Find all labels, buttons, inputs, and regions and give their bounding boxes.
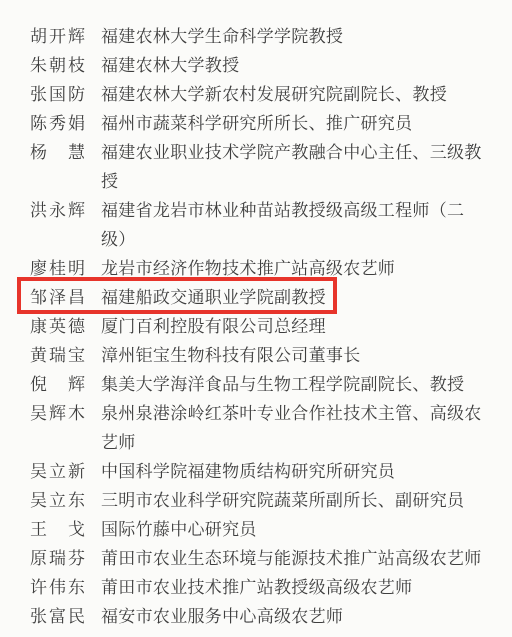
roster-row: 黄瑞宝 漳州钜宝生物科技有限公司董事长 xyxy=(30,341,512,370)
person-title: 福建农林大学生命科学学院教授 xyxy=(101,22,343,51)
person-name: 张富民 xyxy=(30,602,88,631)
roster-row: 廖桂明 龙岩市经济作物技术推广站高级农艺师 xyxy=(30,254,512,283)
roster-row: 洪永辉 福建省龙岩市林业种苗站教授级高级工程师（二级） xyxy=(30,196,512,254)
person-name: 黄瑞宝 xyxy=(30,341,88,370)
title-line: 福建农林大学新农村发展研究院副院长、教授 xyxy=(101,80,447,109)
roster-row: 陈秀娟 福州市蔬菜科学研究所所长、推广研究员 xyxy=(30,109,512,138)
person-name: 吴立新 xyxy=(30,457,88,486)
title-line: 授 xyxy=(101,167,482,196)
roster-row: 杨 慧 福建农业职业技术学院产教融合中心主任、三级教授 xyxy=(30,138,512,196)
person-name: 倪 辉 xyxy=(30,370,88,399)
title-line: 福州市蔬菜科学研究所所长、推广研究员 xyxy=(101,109,412,138)
title-line: 福建船政交通职业学院副教授 xyxy=(101,283,326,312)
person-title: 福州市蔬菜科学研究所所长、推广研究员 xyxy=(101,109,412,138)
person-title: 福建省龙岩市林业种苗站教授级高级工程师（二级） xyxy=(101,196,464,254)
person-name: 吴立东 xyxy=(30,486,88,515)
person-title: 福安市农业服务中心高级农艺师 xyxy=(101,602,343,631)
title-line: 龙岩市经济作物技术推广站高级农艺师 xyxy=(101,254,395,283)
title-line: 厦门百利控股有限公司总经理 xyxy=(101,312,326,341)
person-name: 邹泽昌 xyxy=(30,283,88,312)
person-title: 中国科学院福建物质结构研究所研究员 xyxy=(101,457,395,486)
title-line: 福建农业职业技术学院产教融合中心主任、三级教 xyxy=(101,138,482,167)
title-line: 三明市农业科学研究院蔬菜所副所长、副研究员 xyxy=(101,486,464,515)
person-title: 福建船政交通职业学院副教授 xyxy=(101,283,326,312)
person-title: 福建农林大学新农村发展研究院副院长、教授 xyxy=(101,80,447,109)
title-line: 福建农林大学生命科学学院教授 xyxy=(101,22,343,51)
title-line: 艺师 xyxy=(101,428,482,457)
roster-row: 朱朝枝 福建农林大学教授 xyxy=(30,51,512,80)
person-name: 康英德 xyxy=(30,312,88,341)
person-name: 吴辉木 xyxy=(30,399,88,428)
person-title: 莆田市农业技术推广站教授级高级农艺师 xyxy=(101,573,412,602)
person-title: 集美大学海洋食品与生物工程学院副院长、教授 xyxy=(101,370,464,399)
title-line: 泉州泉港涂岭红茶叶专业合作社技术主管、高级农 xyxy=(101,399,482,428)
roster-row: 吴辉木 泉州泉港涂岭红茶叶专业合作社技术主管、高级农艺师 xyxy=(30,399,512,457)
person-name: 杨 慧 xyxy=(30,138,88,167)
roster-row: 王 戈 国际竹藤中心研究员 xyxy=(30,515,512,544)
person-name: 原瑞芬 xyxy=(30,544,88,573)
person-name: 洪永辉 xyxy=(30,196,88,225)
person-title: 泉州泉港涂岭红茶叶专业合作社技术主管、高级农艺师 xyxy=(101,399,482,457)
person-name: 王 戈 xyxy=(30,515,88,544)
title-line: 漳州钜宝生物科技有限公司董事长 xyxy=(101,341,361,370)
person-title: 福建农业职业技术学院产教融合中心主任、三级教授 xyxy=(101,138,482,196)
title-line: 莆田市农业生态环境与能源技术推广站高级农艺师 xyxy=(101,544,482,573)
roster-row: 吴立东 三明市农业科学研究院蔬菜所副所长、副研究员 xyxy=(30,486,512,515)
title-line: 福安市农业服务中心高级农艺师 xyxy=(101,602,343,631)
roster-row: 吴立新 中国科学院福建物质结构研究所研究员 xyxy=(30,457,512,486)
roster-row: 倪 辉 集美大学海洋食品与生物工程学院副院长、教授 xyxy=(30,370,512,399)
person-name: 陈秀娟 xyxy=(30,109,88,138)
person-title: 福建农林大学教授 xyxy=(101,51,239,80)
title-line: 级） xyxy=(101,225,464,254)
roster-row: 胡开辉 福建农林大学生命科学学院教授 xyxy=(30,22,512,51)
title-line: 福建农林大学教授 xyxy=(101,51,239,80)
title-line: 福建省龙岩市林业种苗站教授级高级工程师（二 xyxy=(101,196,464,225)
roster-row: 张国防 福建农林大学新农村发展研究院副院长、教授 xyxy=(30,80,512,109)
person-name: 朱朝枝 xyxy=(30,51,88,80)
title-line: 莆田市农业技术推广站教授级高级农艺师 xyxy=(101,573,412,602)
roster-row: 张富民 福安市农业服务中心高级农艺师 xyxy=(30,602,512,631)
title-line: 中国科学院福建物质结构研究所研究员 xyxy=(101,457,395,486)
title-line: 国际竹藤中心研究员 xyxy=(101,515,257,544)
person-name: 廖桂明 xyxy=(30,254,88,283)
person-name: 胡开辉 xyxy=(30,22,88,51)
roster-row: 许伟东 莆田市农业技术推广站教授级高级农艺师 xyxy=(30,573,512,602)
roster-row: 邹泽昌 福建船政交通职业学院副教授 xyxy=(30,283,512,312)
person-title: 三明市农业科学研究院蔬菜所副所长、副研究员 xyxy=(101,486,464,515)
person-title: 莆田市农业生态环境与能源技术推广站高级农艺师 xyxy=(101,544,482,573)
person-name: 许伟东 xyxy=(30,573,88,602)
roster-row: 原瑞芬 莆田市农业生态环境与能源技术推广站高级农艺师 xyxy=(30,544,512,573)
document-page: 胡开辉 福建农林大学生命科学学院教授 朱朝枝 福建农林大学教授 张国防 福建农林… xyxy=(0,0,512,637)
person-title: 龙岩市经济作物技术推广站高级农艺师 xyxy=(101,254,395,283)
person-title: 国际竹藤中心研究员 xyxy=(101,515,257,544)
roster-list: 胡开辉 福建农林大学生命科学学院教授 朱朝枝 福建农林大学教授 张国防 福建农林… xyxy=(30,22,512,631)
person-title: 漳州钜宝生物科技有限公司董事长 xyxy=(101,341,361,370)
person-title: 厦门百利控股有限公司总经理 xyxy=(101,312,326,341)
title-line: 集美大学海洋食品与生物工程学院副院长、教授 xyxy=(101,370,464,399)
roster-row: 康英德 厦门百利控股有限公司总经理 xyxy=(30,312,512,341)
person-name: 张国防 xyxy=(30,80,88,109)
